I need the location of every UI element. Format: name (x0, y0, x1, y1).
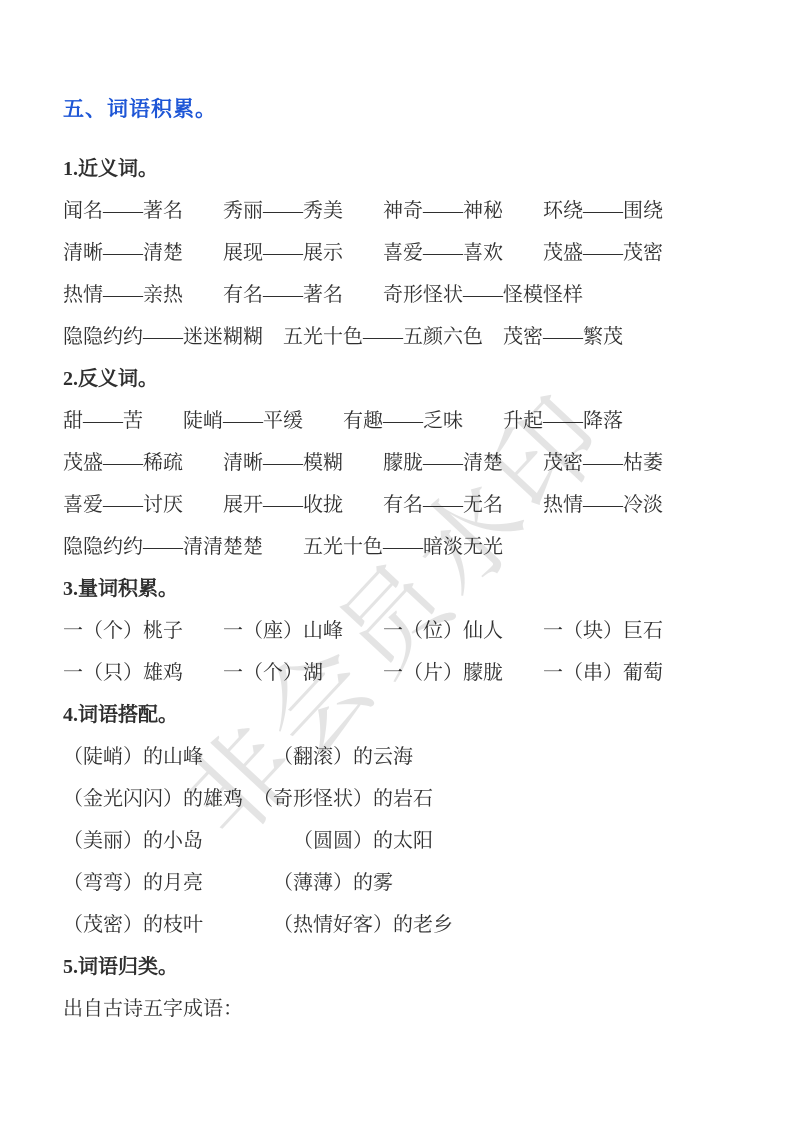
categorization-line: 出自古诗五字成语： (63, 988, 763, 1030)
synonym-line: 闻名——著名 秀丽——秀美 神奇——神秘 环绕——围绕 (63, 190, 763, 232)
collocation-line: （弯弯）的月亮 （薄薄）的雾 (63, 862, 763, 904)
collocation-line: （茂密）的枝叶 （热情好客）的老乡 (63, 904, 763, 946)
section-collocations: 4.词语搭配。 （陡峭）的山峰 （翻滚）的云海 （金光闪闪）的雄鸡 （奇形怪状）… (63, 694, 763, 946)
collocation-line: （金光闪闪）的雄鸡 （奇形怪状）的岩石 (63, 778, 763, 820)
section-antonyms: 2.反义词。 甜——苦 陡峭——平缓 有趣——乏味 升起——降落 茂盛——稀疏 … (63, 358, 763, 568)
page-title: 五、词语积累。 (63, 96, 763, 148)
section-synonyms: 1.近义词。 闻名——著名 秀丽——秀美 神奇——神秘 环绕——围绕 清晰——清… (63, 148, 763, 358)
section-title-antonyms: 2.反义词。 (63, 358, 763, 400)
synonym-line: 隐隐约约——迷迷糊糊 五光十色——五颜六色 茂密——繁茂 (63, 316, 763, 358)
section-title-synonyms: 1.近义词。 (63, 148, 763, 190)
section-title-categorization: 5.词语归类。 (63, 946, 763, 988)
collocation-line: （美丽）的小岛 （圆圆）的太阳 (63, 820, 763, 862)
measure-word-line: 一（个）桃子 一（座）山峰 一（位）仙人 一（块）巨石 (63, 610, 763, 652)
collocation-line: （陡峭）的山峰 （翻滚）的云海 (63, 736, 763, 778)
antonym-line: 甜——苦 陡峭——平缓 有趣——乏味 升起——降落 (63, 400, 763, 442)
antonym-line: 隐隐约约——清清楚楚 五光十色——暗淡无光 (63, 526, 763, 568)
section-categorization: 5.词语归类。 出自古诗五字成语： (63, 946, 763, 1030)
section-measure-words: 3.量词积累。 一（个）桃子 一（座）山峰 一（位）仙人 一（块）巨石 一（只）… (63, 568, 763, 694)
antonym-line: 茂盛——稀疏 清晰——模糊 朦胧——清楚 茂密——枯萎 (63, 442, 763, 484)
document-content: 五、词语积累。 1.近义词。 闻名——著名 秀丽——秀美 神奇——神秘 环绕——… (0, 0, 793, 1030)
synonym-line: 清晰——清楚 展现——展示 喜爱——喜欢 茂盛——茂密 (63, 232, 763, 274)
section-title-measure-words: 3.量词积累。 (63, 568, 763, 610)
measure-word-line: 一（只）雄鸡 一（个）湖 一（片）朦胧 一（串）葡萄 (63, 652, 763, 694)
section-title-collocations: 4.词语搭配。 (63, 694, 763, 736)
worksheet-page: 非会员水印 五、词语积累。 1.近义词。 闻名——著名 秀丽——秀美 神奇——神… (0, 0, 793, 1122)
antonym-line: 喜爱——讨厌 展开——收拢 有名——无名 热情——冷淡 (63, 484, 763, 526)
synonym-line: 热情——亲热 有名——著名 奇形怪状——怪模怪样 (63, 274, 763, 316)
